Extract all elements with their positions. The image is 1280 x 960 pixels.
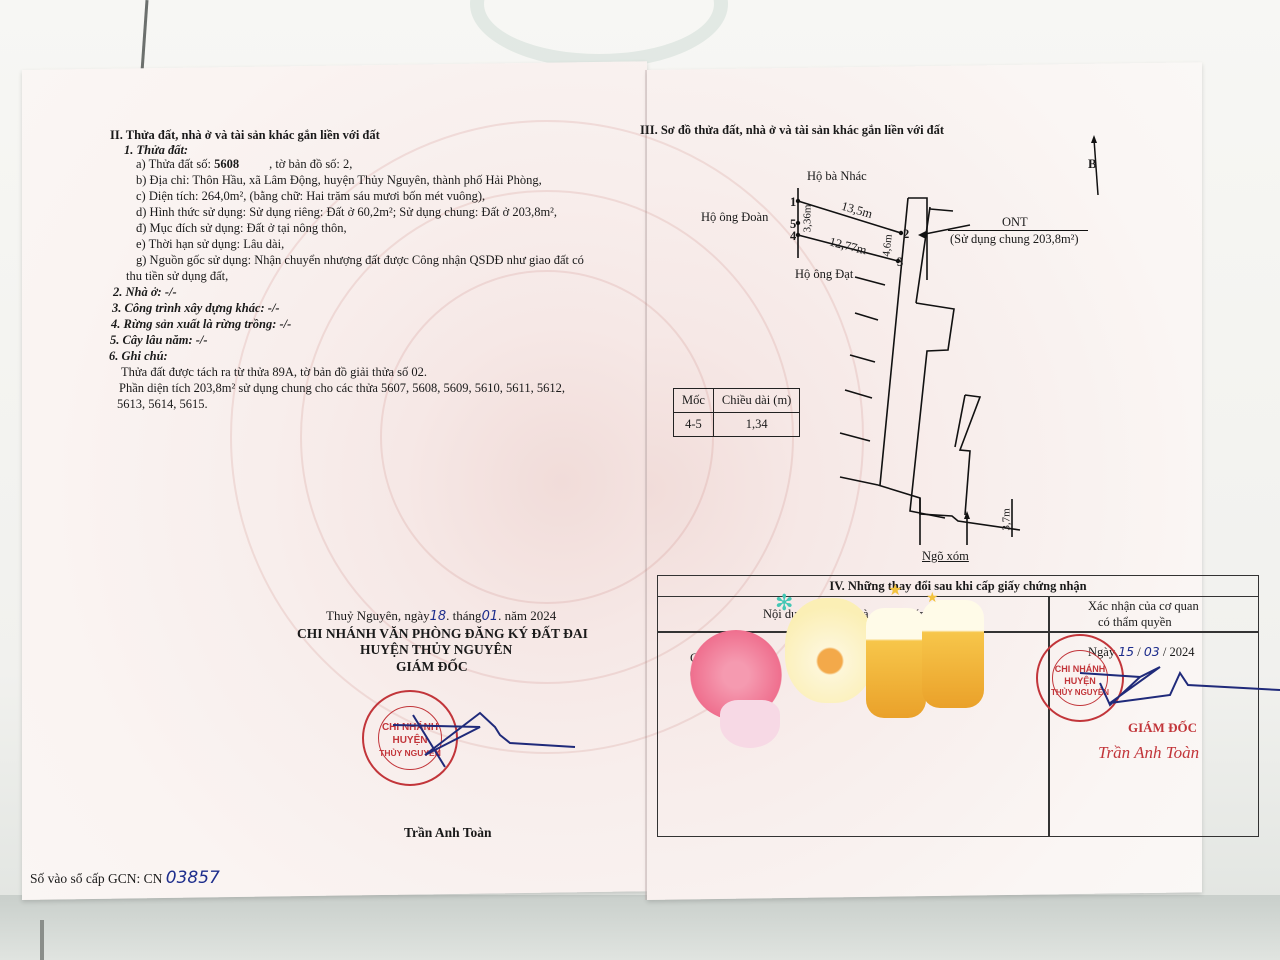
- date-year: . năm 2024: [498, 608, 556, 623]
- note-line-1: Thửa đất được tách ra từ thửa 89A, tờ bả…: [121, 366, 427, 379]
- ont-label: ONT: [1002, 216, 1028, 229]
- parcel-line-a: a) Thửa đất số: 5608, tờ bản đồ số: 2,: [136, 158, 352, 171]
- parcel-number: 5608: [214, 157, 239, 171]
- issue-date: Thuỷ Nguyên, ngày18. tháng01. năm 2024: [326, 609, 556, 623]
- map-sheet: , tờ bản đồ số: 2,: [239, 157, 352, 171]
- origin-line-2: thu tiền sử dụng đất,: [126, 270, 228, 283]
- col-header-marker: Mốc: [674, 389, 714, 413]
- item-3-construction: 3. Công trình xây dựng khác: -/-: [112, 302, 280, 315]
- date-month: 01: [482, 609, 499, 624]
- sparkle-icon: ✻: [775, 592, 793, 614]
- col-header-length: Chiều dài (m): [713, 389, 799, 413]
- point-5: 5: [790, 218, 796, 231]
- star-icon: ★: [888, 583, 902, 599]
- item-2-house: 2. Nhà ở: -/-: [113, 286, 177, 299]
- note-line-3: 5613, 5614, 5615.: [117, 398, 208, 411]
- item-6-notes-title: 6. Ghi chú:: [109, 350, 168, 363]
- dim-lane-width: 3,7m: [1002, 508, 1013, 530]
- date-prefix: Thuỷ Nguyên, ngày: [326, 608, 430, 623]
- pen-bottom: [40, 920, 44, 960]
- note-line-2: Phần diện tích 203,8m² sử dụng chung cho…: [119, 382, 565, 395]
- date-mid: . tháng: [446, 608, 481, 623]
- section-3-title: III. Sơ đồ thửa đất, nhà ở và tài sản kh…: [640, 124, 944, 137]
- bouquet-wrap-icon: [720, 700, 780, 748]
- registry-number: 03857: [166, 868, 220, 888]
- beer-mug-icon-2: [922, 600, 984, 708]
- office-name-2: HUYỆN THỦY NGUYÊN: [360, 643, 512, 657]
- north-label: B: [1088, 157, 1097, 170]
- ont-underline: [948, 230, 1088, 231]
- beer-mug-icon: [866, 608, 926, 718]
- cell-marker: 4-5: [674, 413, 714, 437]
- dim-left-edge: 3,36m: [802, 205, 813, 233]
- area-line: c) Diện tích: 264,0m², (bằng chữ: Hai tr…: [136, 190, 485, 203]
- purpose-line: đ) Mục đích sử dụng: Đất ở tại nông thôn…: [136, 222, 347, 235]
- item-1-title: 1. Thửa đất:: [124, 144, 188, 157]
- marker-table: Mốc Chiều dài (m) 4-5 1,34: [673, 388, 800, 437]
- item-4-forest: 4. Rừng sản xuất là rừng trồng: -/-: [111, 318, 291, 331]
- parcel-label: a) Thửa đất số:: [136, 157, 214, 171]
- changes-title: IV. Những thay đổi sau khi cấp giấy chứn…: [658, 576, 1258, 597]
- neighbor-left: Hộ ông Đoàn: [701, 211, 768, 224]
- confirm-signer: Trần Anh Toàn: [1098, 744, 1199, 761]
- table-header-row: Mốc Chiều dài (m): [674, 389, 800, 413]
- star-icon: ★: [926, 592, 939, 606]
- signer-name: Trần Anh Toàn: [404, 826, 492, 840]
- signature: [385, 705, 585, 775]
- address-line: b) Địa chỉ: Thôn Hầu, xã Lâm Động, huyện…: [136, 174, 542, 187]
- registry-label: Số vào sổ cấp GCN: CN: [30, 871, 162, 886]
- point-4: 4: [790, 230, 796, 243]
- usage-form-line: d) Hình thức sử dụng: Sử dụng riêng: Đất…: [136, 206, 557, 219]
- ont-note: (Sử dụng chung 203,8m²): [950, 233, 1079, 246]
- point-2: 2: [903, 228, 909, 241]
- neighbor-top: Hộ bà Nhác: [807, 170, 867, 183]
- item-5-perennial: 5. Cây lâu năm: -/-: [110, 334, 208, 347]
- col-header-confirm-2: có thẩm quyền: [1098, 616, 1172, 629]
- term-line: e) Thời hạn sử dụng: Lâu dài,: [136, 238, 284, 251]
- signer-role: GIÁM ĐỐC: [396, 660, 468, 674]
- point-3: 3: [897, 256, 903, 269]
- date-day: 18: [430, 609, 447, 624]
- daisy-sticker-icon: [785, 598, 875, 703]
- origin-line-1: g) Nguồn gốc sử dụng: Nhận chuyển nhượng…: [136, 254, 584, 267]
- office-name-1: CHI NHÁNH VĂN PHÒNG ĐĂNG KÝ ĐẤT ĐAI: [297, 627, 588, 641]
- registry-line: Số vào sổ cấp GCN: CN 03857: [30, 870, 220, 887]
- confirm-signature: [1080, 655, 1280, 725]
- lane-label: Ngõ xóm: [922, 550, 969, 563]
- table-row: 4-5 1,34: [674, 413, 800, 437]
- dim-right-edge: 4,6m: [882, 234, 895, 257]
- cell-length: 1,34: [713, 413, 799, 437]
- col-header-confirm-1: Xác nhận của cơ quan: [1088, 600, 1199, 613]
- table-edge: [0, 895, 1280, 960]
- section-2-title: II. Thửa đất, nhà ở và tài sản khác gắn …: [110, 129, 380, 142]
- point-1: 1: [790, 196, 796, 209]
